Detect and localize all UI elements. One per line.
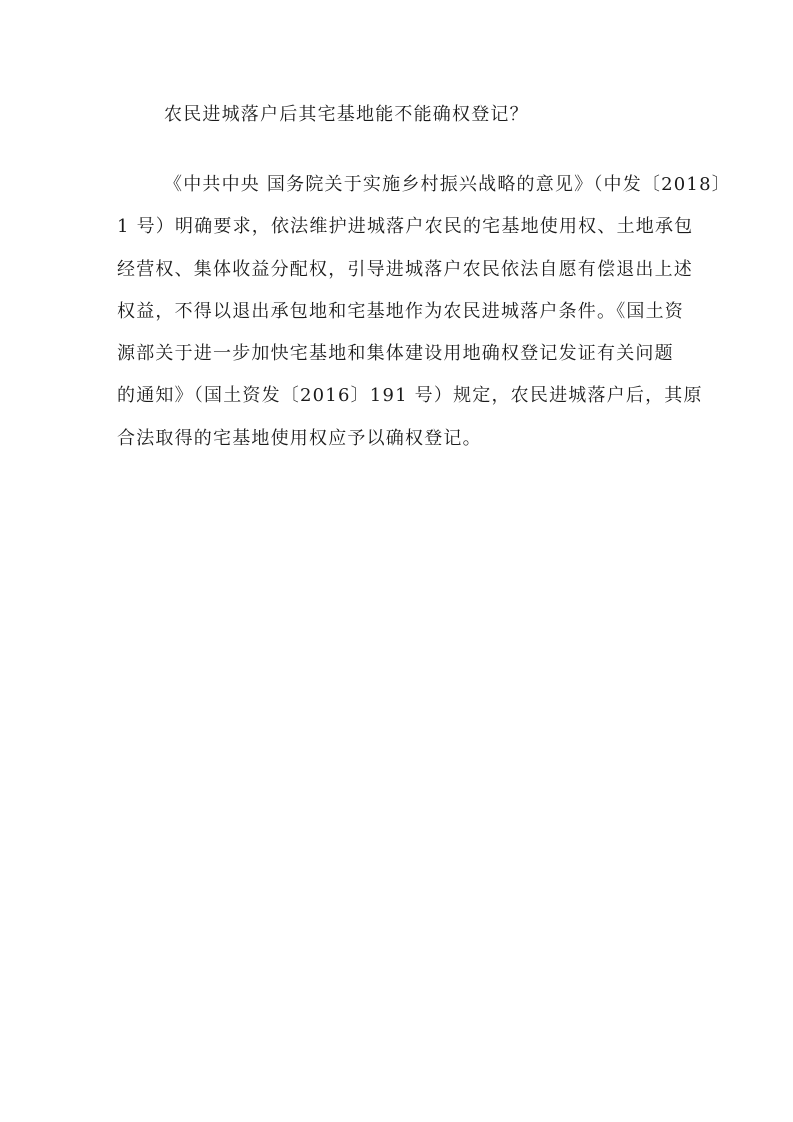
document-page: 农民进城落户后其宅基地能不能确权登记？ 《中共中央 国务院关于实施乡村振兴战略的… [0, 0, 793, 1122]
paragraph-line: 权益，不得以退出承包地和宅基地作为农民进城落户条件。《国土资 [117, 291, 697, 333]
paragraph-line: 《中共中央 国务院关于实施乡村振兴战略的意见》（中发〔2018〕 [117, 164, 697, 206]
question-heading: 农民进城落户后其宅基地能不能确权登记？ [164, 103, 529, 127]
paragraph-line: 经营权、集体收益分配权，引导进城落户农民依法自愿有偿退出上述 [117, 249, 697, 291]
answer-paragraph: 《中共中央 国务院关于实施乡村振兴战略的意见》（中发〔2018〕 1 号）明确要… [117, 164, 697, 460]
paragraph-line: 合法取得的宅基地使用权应予以确权登记。 [117, 418, 697, 460]
paragraph-line: 的通知》（国土资发〔2016〕191 号）规定，农民进城落户后，其原 [117, 375, 697, 417]
paragraph-line: 1 号）明确要求，依法维护进城落户农民的宅基地使用权、土地承包 [117, 206, 697, 248]
paragraph-line: 源部关于进一步加快宅基地和集体建设用地确权登记发证有关问题 [117, 333, 697, 375]
